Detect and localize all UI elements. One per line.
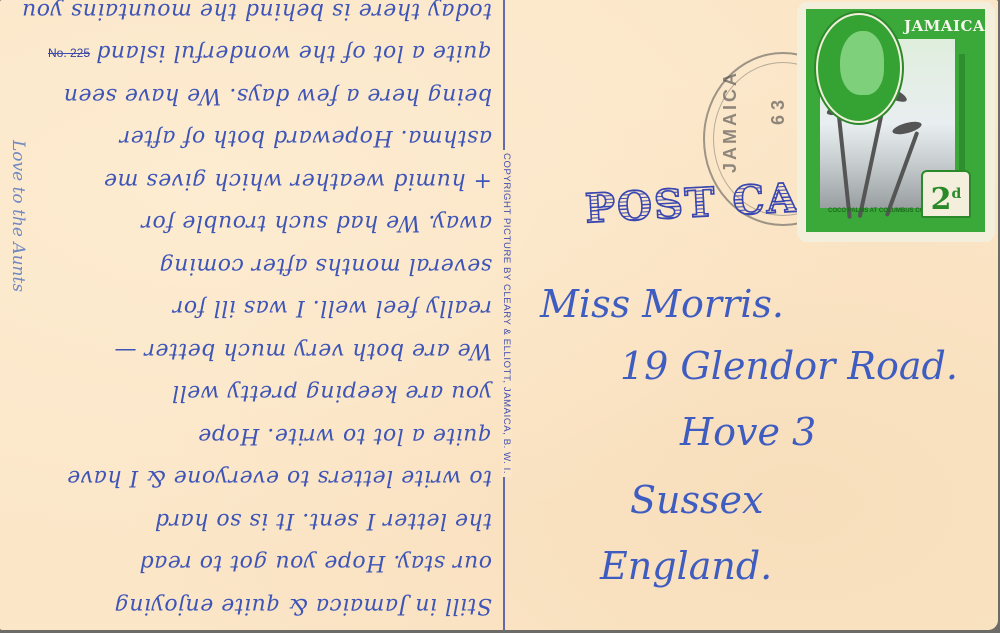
postmark-text: JAMAICA: [720, 70, 760, 173]
stamp-value: 2d: [921, 170, 971, 218]
address-line-country: England.: [600, 534, 772, 598]
postage-stamp: JAMAICA COCO PALMS AT COLUMBUS COVE 2d: [797, 2, 995, 242]
address-line-name: Miss Morris.: [540, 272, 784, 336]
message-line: to write letters to everyone & I have: [18, 456, 498, 499]
message-line: Still in Jamaica & quite enjoying: [18, 584, 498, 627]
message-line: + humid weather which gives me: [18, 159, 498, 202]
copyright-line: COPYRIGHT PICTURE BY CLEARY & ELLIOTT, J…: [501, 150, 512, 477]
postmark-date: 6 3: [768, 100, 789, 125]
king-portrait-medallion: [816, 13, 902, 123]
message-line: several months after coming: [18, 244, 498, 287]
postcard: No. 225 Still in Jamaica & quite enjoyin…: [0, 0, 998, 630]
stamp-country: JAMAICA: [904, 17, 985, 35]
address-line-county: Sussex: [630, 468, 763, 532]
address-line-town: Hove 3: [680, 400, 816, 464]
handwritten-message: Still in Jamaica & quite enjoying our st…: [18, 4, 498, 626]
message-line: away. We had such trouble for: [18, 201, 498, 244]
stamp-caption: COCO PALMS AT COLUMBUS COVE: [828, 208, 932, 214]
stamp-frame: JAMAICA COCO PALMS AT COLUMBUS COVE 2d: [806, 9, 985, 232]
message-line: asthma. Hopeward both of after: [18, 116, 498, 159]
palm-tree-icon: [836, 109, 851, 219]
message-line: quite a lot of the wonderful island: [18, 31, 498, 74]
message-line: We are both very much better —: [18, 329, 498, 372]
message-line: our stay. Hope you got to read: [18, 541, 498, 584]
address-line-street: 19 Glendor Road.: [620, 334, 958, 398]
message-line: today there is behind the mountains you: [18, 0, 498, 31]
signature: Love to the Aunts: [8, 140, 28, 292]
message-line: being here a few days. We have seen: [18, 74, 498, 117]
palm-tree-icon: [885, 131, 920, 217]
message-line: you are keeping pretty well: [18, 371, 498, 414]
message-line: the letter I sent. It is so hard: [18, 499, 498, 542]
message-line: really feel well. I was ill for: [18, 286, 498, 329]
king-head-icon: [840, 31, 884, 95]
message-line: quite a lot to write. Hope: [18, 414, 498, 457]
